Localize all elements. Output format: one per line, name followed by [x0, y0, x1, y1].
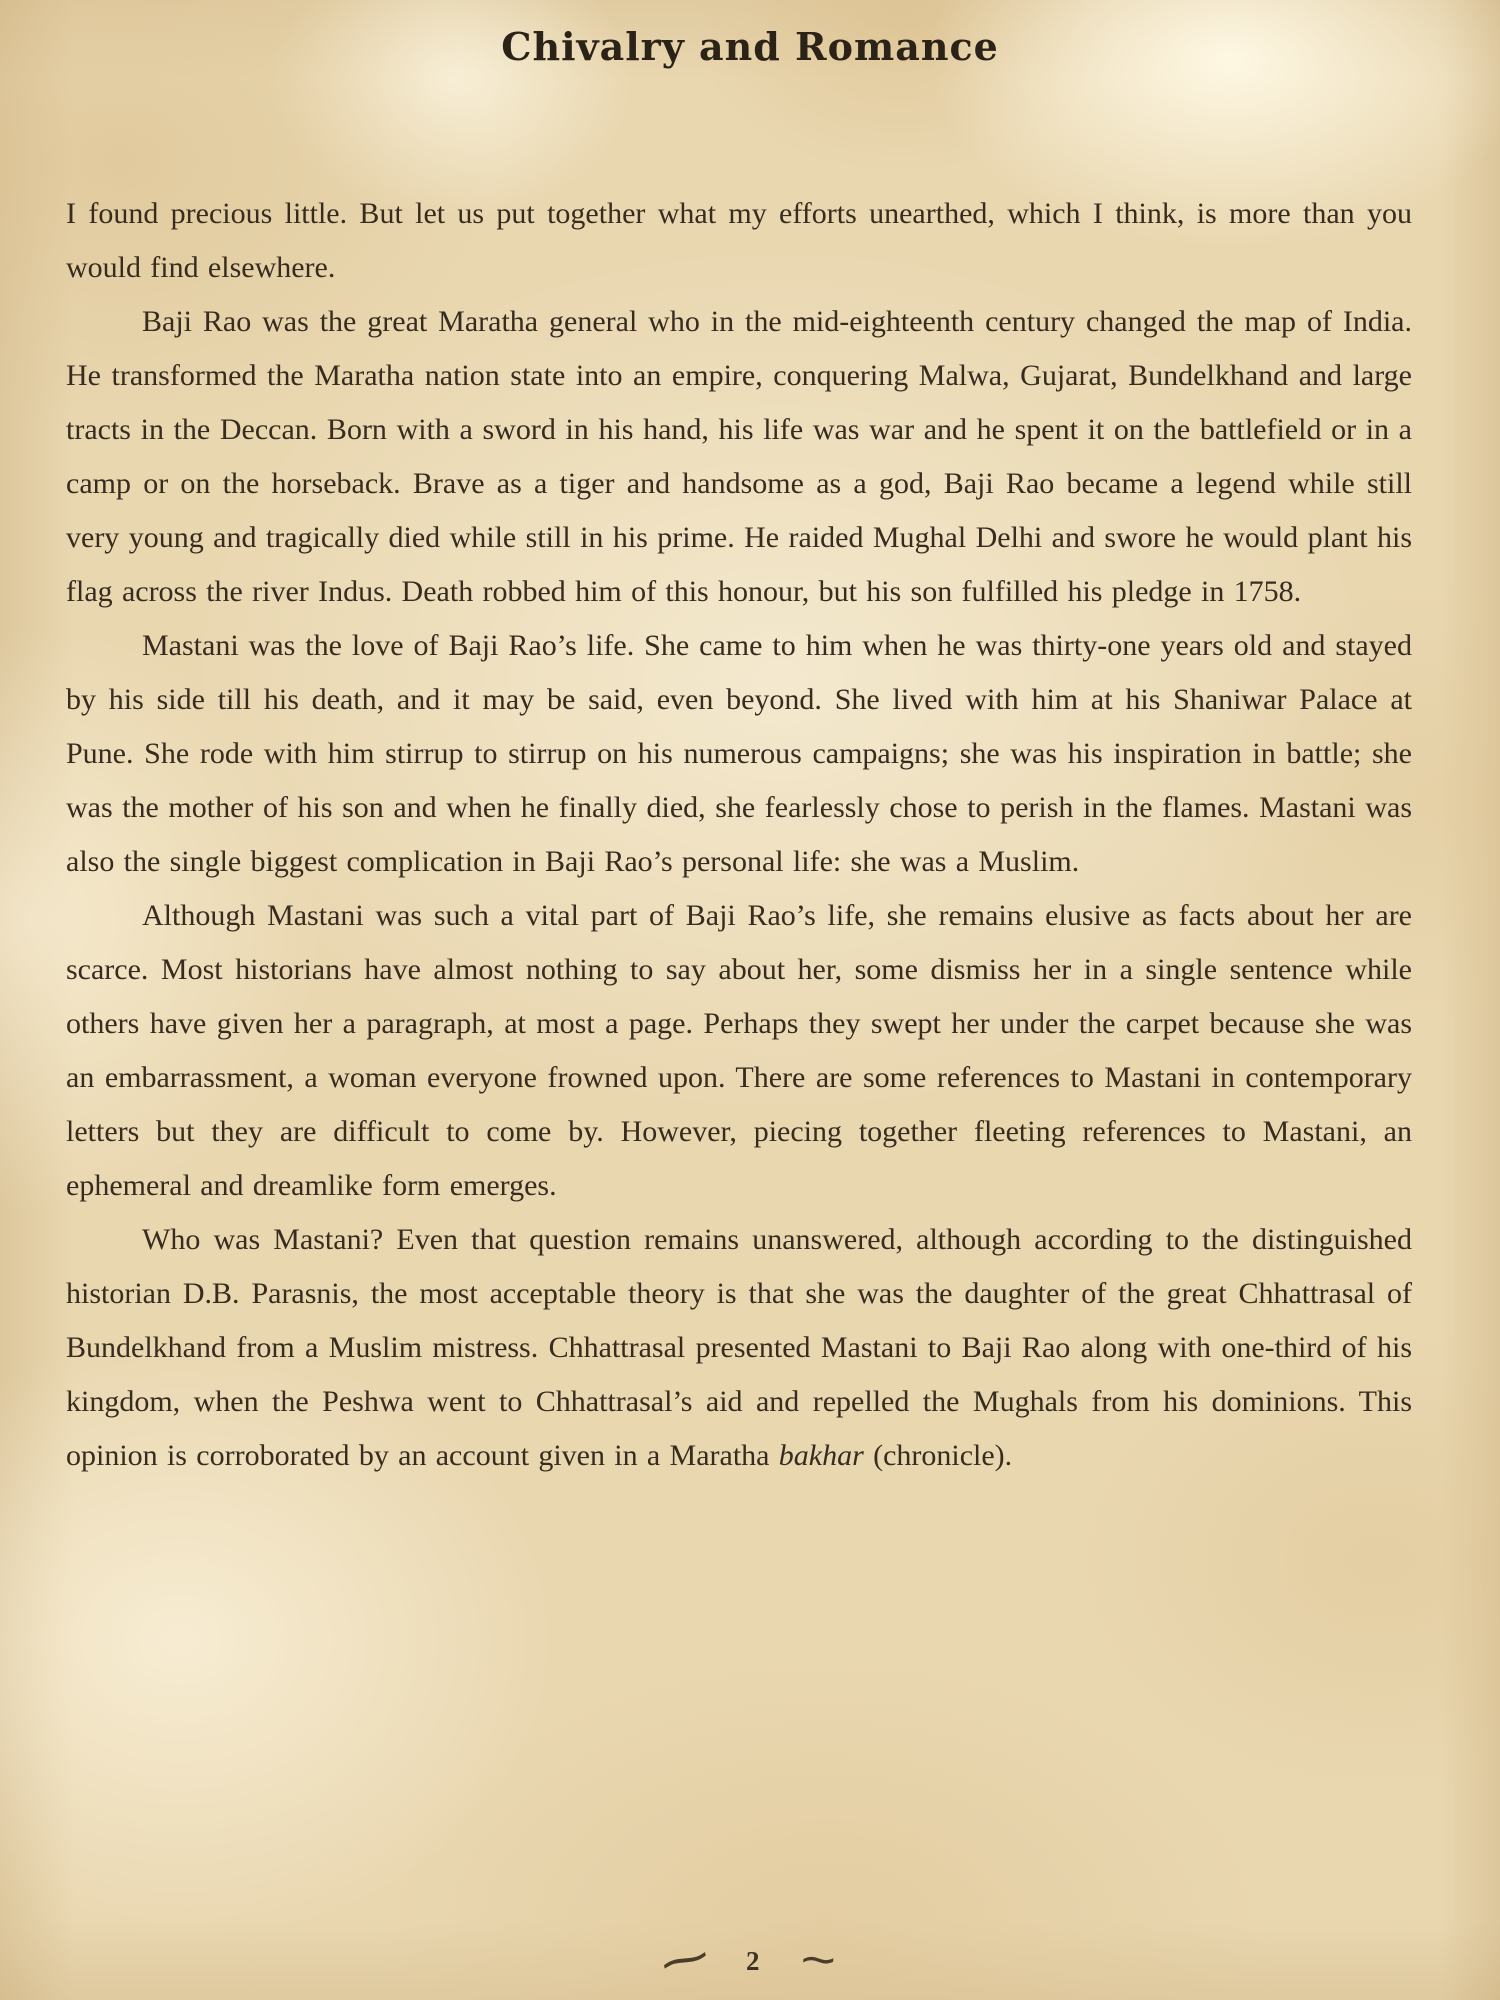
flourish-left-icon: ⁓: [658, 1939, 712, 1984]
page-number: 2: [746, 1946, 760, 1977]
flourish-right-icon: ∼: [797, 1943, 839, 1980]
paragraph-text: Who was Mastani? Even that question rema…: [66, 1223, 1412, 1472]
paragraph: Who was Mastani? Even that question rema…: [66, 1213, 1412, 1483]
paragraph: Although Mastani was such a vital part o…: [66, 889, 1412, 1213]
body-text: I found precious little. But let us put …: [66, 187, 1412, 1483]
running-head: Chivalry and Romance: [0, 0, 1500, 69]
page-footer: ⁓ 2 ∼: [0, 1944, 1500, 1978]
paragraph: Baji Rao was the great Maratha general w…: [66, 295, 1412, 619]
chapter-title: Chivalry and Romance: [501, 24, 999, 69]
paragraph: I found precious little. But let us put …: [66, 187, 1412, 295]
italic-term: bakhar: [779, 1439, 864, 1472]
paragraph-text: (chronicle).: [864, 1439, 1012, 1472]
book-page: Chivalry and Romance I found precious li…: [0, 0, 1500, 2000]
paragraph: Mastani was the love of Baji Rao’s life.…: [66, 619, 1412, 889]
